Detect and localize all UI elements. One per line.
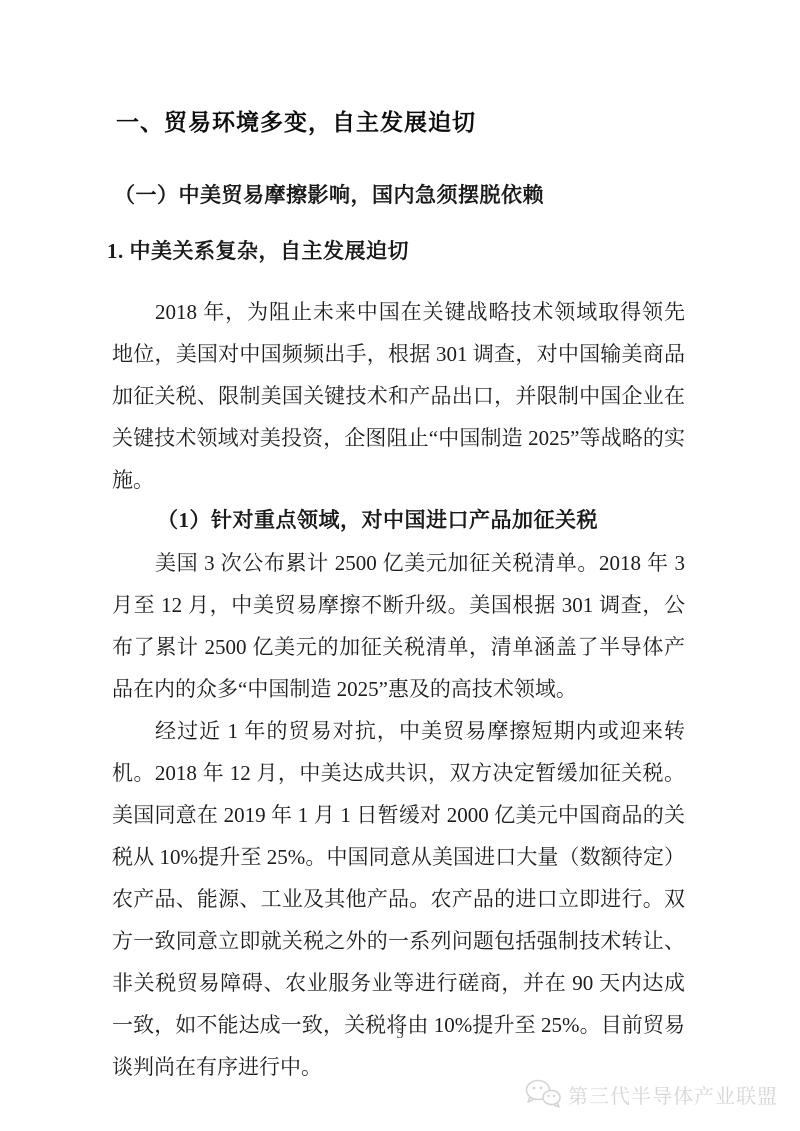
document-body: 一、贸易环境多变，自主发展迫切 （一）中美贸易摩擦影响，国内急须摆脱依赖 1. …	[112, 108, 685, 1088]
paragraph-2: 美国 3 次公布累计 2500 亿美元加征关税清单。2018 年 3 月至 12…	[112, 542, 685, 710]
watermark-text: 第三代半导体产业联盟	[568, 1080, 778, 1109]
wechat-logo-icon	[524, 1078, 562, 1110]
page-number: 5	[0, 1026, 800, 1043]
paragraph-1: 2018 年，为阻止未来中国在关键战略技术领域取得领先地位，美国对中国频频出手，…	[112, 291, 685, 501]
document-page: 一、贸易环境多变，自主发展迫切 （一）中美贸易摩擦影响，国内急须摆脱依赖 1. …	[0, 0, 800, 1131]
heading-level3: 1. 中美关系复杂，自主发展迫切	[107, 238, 685, 265]
heading-level4: （1）针对重点领域，对中国进口产品加征关税	[157, 507, 685, 534]
watermark: 第三代半导体产业联盟	[524, 1078, 778, 1110]
heading-level2: （一）中美贸易摩擦影响，国内急须摆脱依赖	[114, 182, 685, 209]
heading-level1: 一、贸易环境多变，自主发展迫切	[116, 108, 685, 136]
